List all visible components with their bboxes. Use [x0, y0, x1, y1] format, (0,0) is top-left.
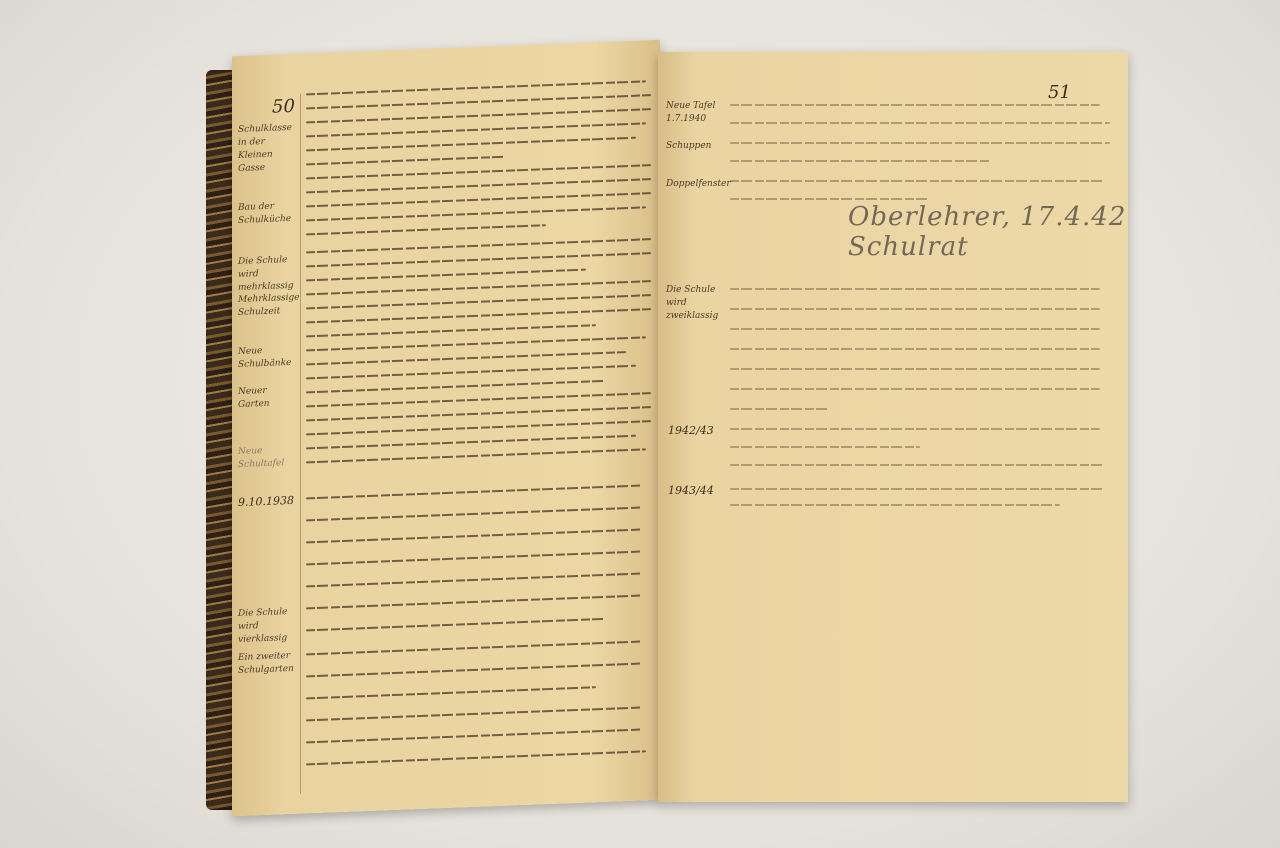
margin-note: Ein zweiter Schulgarten: [238, 650, 296, 678]
margin-note: Die Schule wird mehrklassig: [238, 254, 296, 295]
margin-note: Doppelfenster: [666, 178, 724, 191]
margin-note: Schuppen: [666, 140, 724, 153]
margin-note: Die Schule wird vierklassig: [238, 606, 296, 647]
signature: Oberlehrer, 17.4.42 Schulrat: [848, 202, 1128, 262]
margin-note: Neue Schultafel: [238, 444, 296, 472]
right-page: 51 Neue Tafel 1.7.1940 Schuppen Doppelfe…: [658, 52, 1128, 802]
margin-rule: [300, 94, 301, 794]
margin-note: Neue Schulbänke: [238, 344, 296, 372]
open-ledger-book: 50 Schulklasse in der Kleinen Gasse Bau …: [206, 40, 1136, 810]
entry-date: 9.10.1938: [238, 494, 294, 509]
handwritten-text-block: [232, 40, 660, 56]
margin-note: Neue Tafel 1.7.1940: [666, 100, 724, 126]
margin-note: Neuer Garten: [238, 384, 296, 412]
entry-date: 1943/44: [668, 484, 714, 497]
margin-note: Die Schule wird zweiklassig: [666, 284, 724, 323]
margin-note: Bau der Schulküche: [238, 200, 296, 228]
entry-date: 1942/43: [668, 424, 714, 437]
margin-note: Schulklasse in der Kleinen Gasse: [238, 122, 296, 176]
page-number: 50: [272, 96, 295, 118]
margin-note: Mehrklassige Schulzeit: [238, 292, 296, 320]
page-number: 51: [1048, 82, 1071, 103]
left-page: 50 Schulklasse in der Kleinen Gasse Bau …: [232, 40, 660, 816]
